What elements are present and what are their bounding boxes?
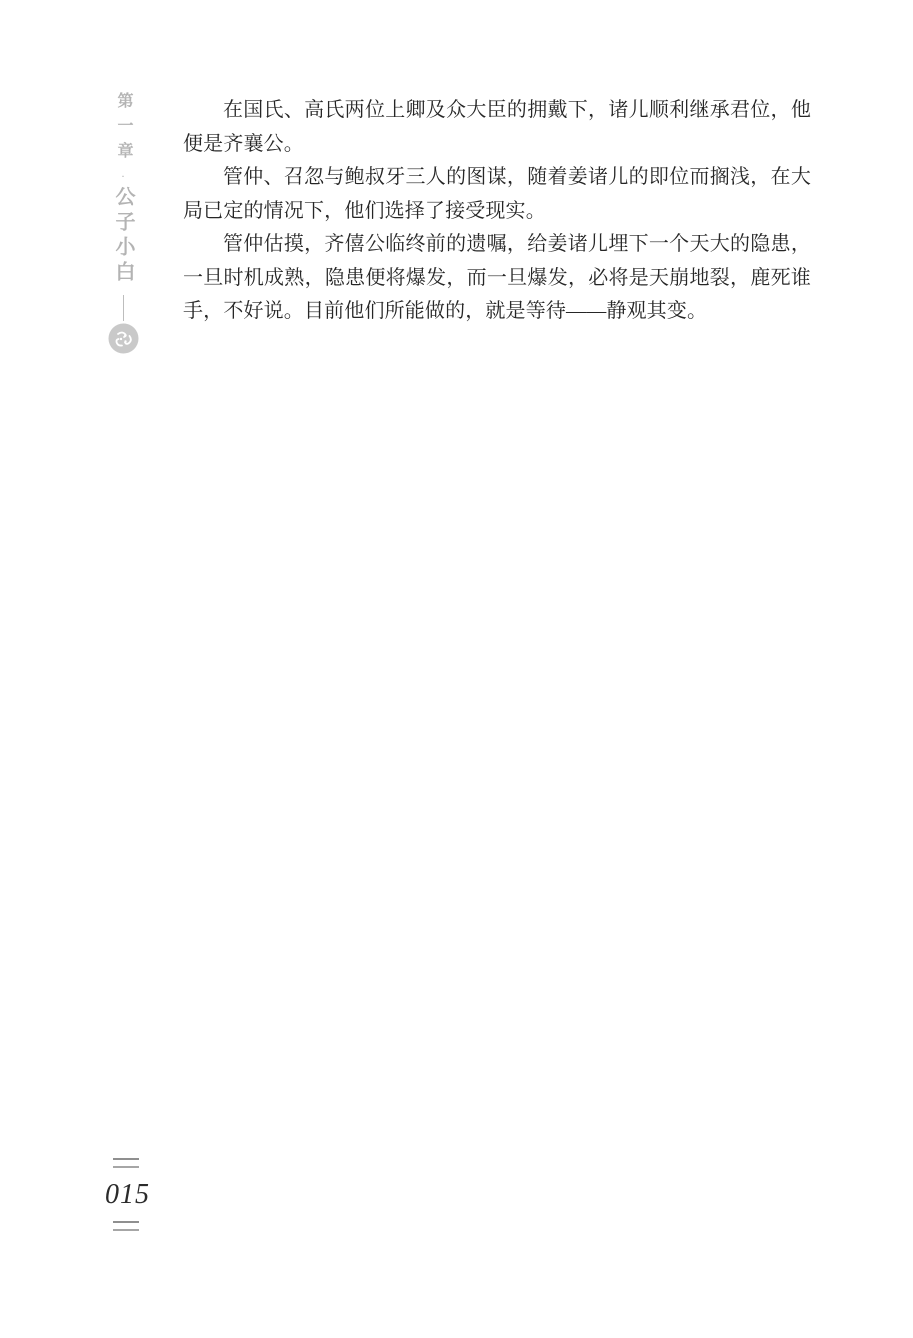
chapter-number: 第一章 [115, 92, 131, 167]
chapter-title: 公子小白 [113, 186, 133, 286]
paragraph-3: 管仲估摸，齐僖公临终前的遗嘱，给姜诸儿埋下一个天大的隐患，一旦时机成熟，隐患便将… [183, 228, 811, 329]
chapter-seal-icon [108, 323, 139, 354]
footer-bottom-rule [113, 1221, 139, 1231]
chapter-separator-dot: · [121, 170, 125, 182]
footer-top-rule [113, 1158, 139, 1168]
chapter-sidebar: 第一章 · 公子小白 [104, 92, 142, 354]
page-number: 015 [105, 1181, 152, 1209]
page-text-block: 在国氏、高氏两位上卿及众大臣的拥戴下，诸儿顺利继承君位，他便是齐襄公。 管仲、召… [183, 94, 811, 329]
paragraph-2: 管仲、召忽与鲍叔牙三人的图谋，随着姜诸儿的即位而搁浅，在大局已定的情况下，他们选… [183, 161, 811, 228]
chapter-vertical-rule [123, 295, 124, 321]
paragraph-1: 在国氏、高氏两位上卿及众大臣的拥戴下，诸儿顺利继承君位，他便是齐襄公。 [183, 94, 811, 161]
page-footer: 015 [104, 1158, 152, 1231]
